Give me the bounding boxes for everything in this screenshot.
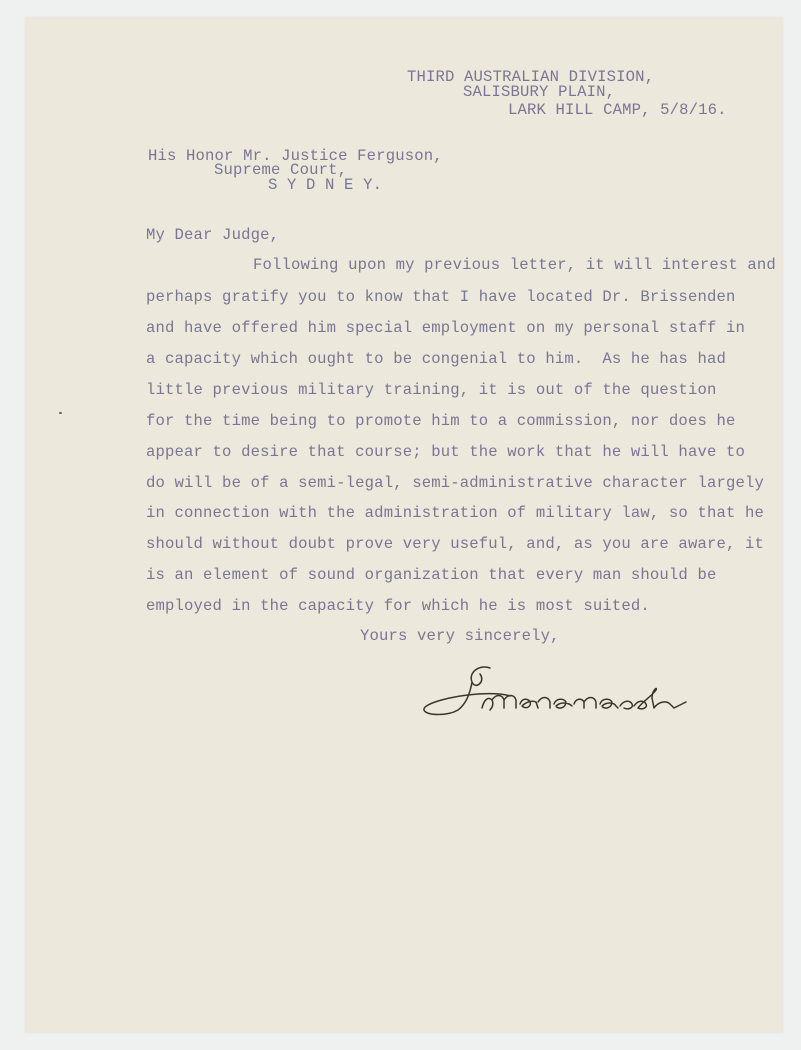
- body-line: in connection with the administration of…: [146, 506, 764, 522]
- body-line: should without doubt prove very useful, …: [146, 537, 764, 553]
- body-line: employed in the capacity for which he is…: [146, 599, 650, 615]
- body-line: appear to desire that course; but the wo…: [146, 445, 745, 461]
- closing: Yours very sincerely,: [360, 629, 560, 645]
- body-line: and have offered him special employment …: [146, 321, 745, 337]
- body-line: do will be of a semi-legal, semi-adminis…: [146, 476, 764, 492]
- body-line: a capacity which ought to be congenial t…: [146, 352, 726, 368]
- recipient-line-3: S Y D N E Y.: [268, 178, 382, 194]
- body-line: is an element of sound organization that…: [146, 568, 716, 584]
- body-line: little previous military training, it is…: [146, 383, 716, 399]
- salutation: My Dear Judge,: [146, 228, 279, 244]
- body-line: Following upon my previous letter, it wi…: [253, 258, 776, 274]
- body-line: perhaps gratify you to know that I have …: [146, 290, 735, 306]
- body-line: for the time being to promote him to a c…: [146, 414, 735, 430]
- letterhead-line-3: LARK HILL CAMP, 5/8/16.: [508, 103, 727, 119]
- letterhead-line-2: SALISBURY PLAIN,: [463, 85, 615, 101]
- letter-page: [25, 17, 783, 1033]
- ink-speck: [59, 412, 62, 414]
- signature-icon: [420, 660, 690, 722]
